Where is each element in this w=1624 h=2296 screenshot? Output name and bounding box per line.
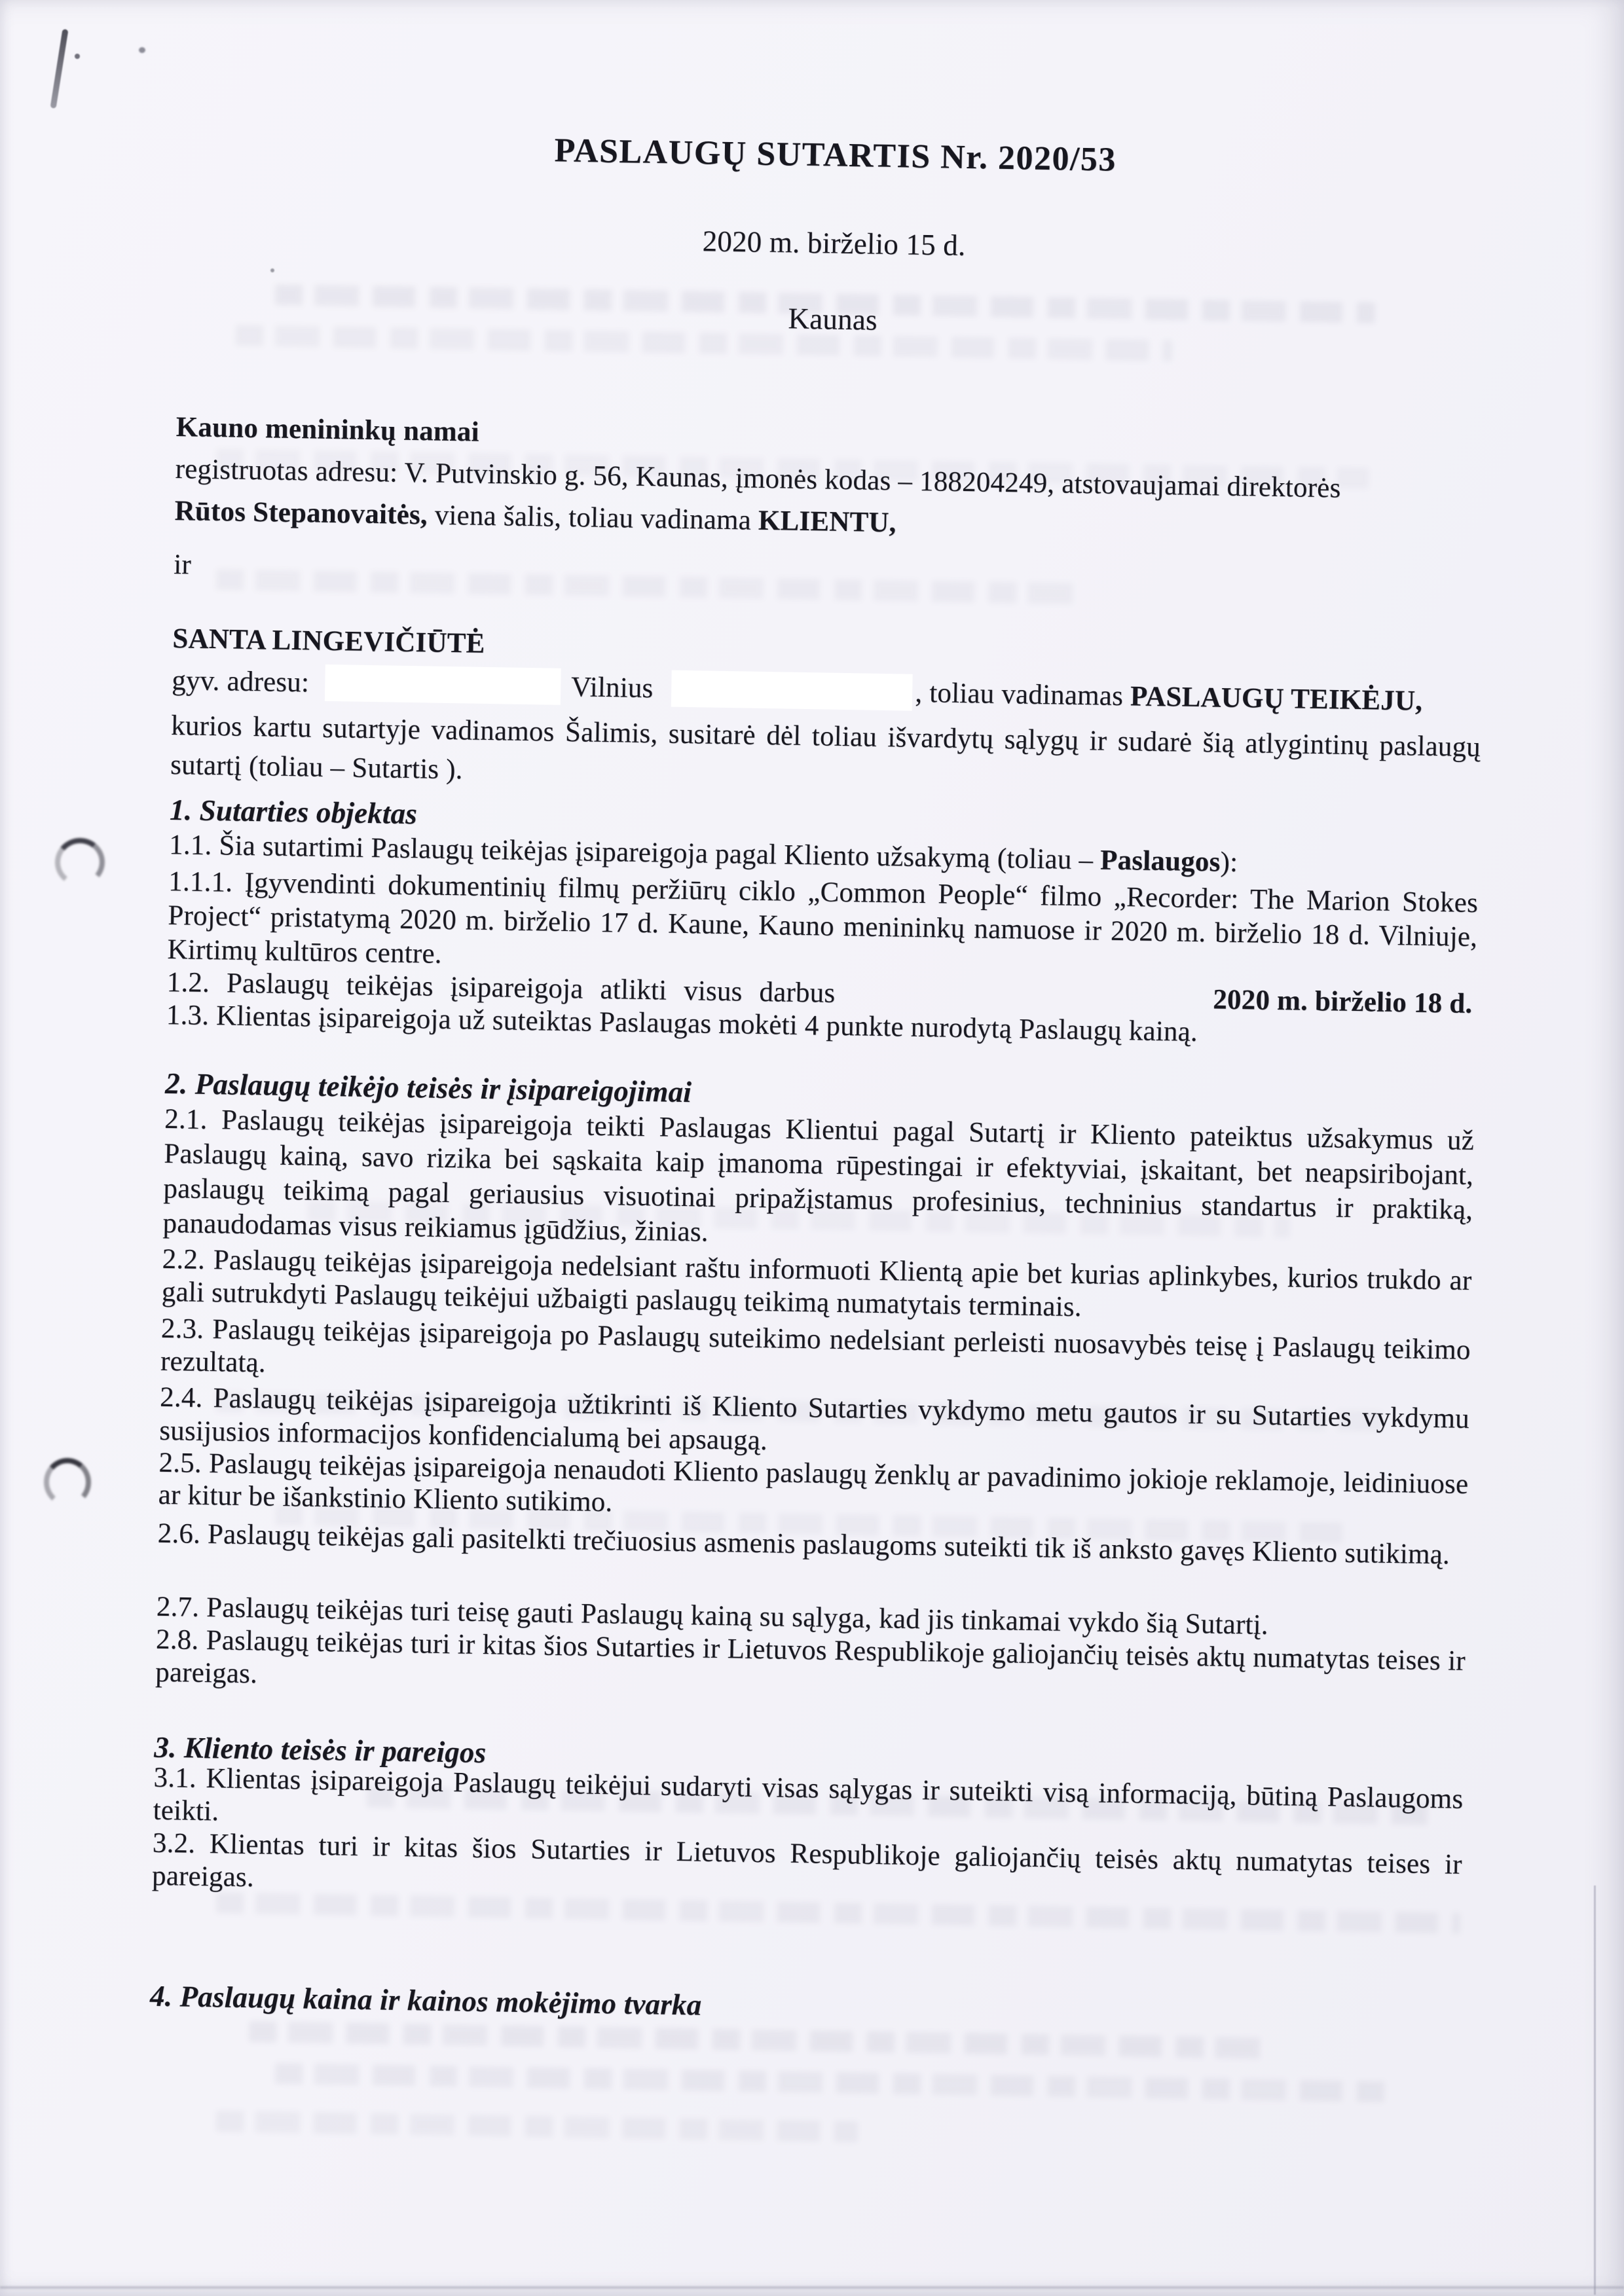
- scan-edge-line: [1594, 1886, 1596, 2295]
- scanned-contract-page: PASLAUGŲ SUTARTIS Nr. 2020/53 2020 m. bi…: [0, 0, 1624, 2296]
- provider-name: SANTA LINGEVIČIŪTĖ: [172, 623, 485, 659]
- clause-1-2-deadline: 2020 m. birželio 18 d.: [1213, 983, 1473, 1021]
- conjunction-ir: ir: [174, 548, 1484, 604]
- client-designation: KLIENTU,: [758, 505, 896, 538]
- provider-address-prefix: gyv. adresu:: [172, 665, 310, 698]
- client-party-block: Kauno menininkų namai registruotas adres…: [174, 407, 1486, 554]
- redaction-box: [325, 665, 561, 705]
- hole-punch-shadow: [43, 1457, 93, 1508]
- parties-agreement-text: kurios kartu sutartyje vadinamos Šalimis…: [170, 706, 1481, 807]
- scan-edge-line: [0, 2286, 1624, 2289]
- clause-1-1-close: ):: [1220, 847, 1238, 878]
- contract-text: PASLAUGŲ SUTARTIS Nr. 2020/53 2020 m. bi…: [146, 0, 1492, 2247]
- clause-2-1: 2.1. Paslaugų teikėjas įsipareigoja teik…: [162, 1102, 1474, 1262]
- contract-title: PASLAUGŲ SUTARTIS Nr. 2020/53: [181, 128, 1491, 183]
- provider-party-block: SANTA LINGEVIČIŪTĖ gyv. adresu:Vilnius, …: [172, 618, 1483, 723]
- provider-designation: PASLAUGŲ TEIKĖJU,: [1130, 681, 1423, 716]
- pen-scratch-mark: [50, 29, 69, 109]
- clause-1-1-term: Paslaugos: [1100, 845, 1221, 878]
- client-director-name: Rūtos Stepanovaitės,: [174, 496, 428, 530]
- ink-speck: [139, 47, 145, 53]
- client-name: Kauno menininkų namai: [175, 412, 479, 448]
- contract-city: Kaunas: [177, 291, 1488, 347]
- client-role-text: viena šalis, toliau vadinama: [427, 500, 758, 536]
- section-4-heading: 4. Paslaugų kaina ir kainos mokėjimo tva…: [150, 1979, 1460, 2035]
- provider-address-city: Vilnius: [571, 672, 654, 704]
- provider-role-text: , toliau vadinamas: [915, 678, 1130, 712]
- ink-speck: [75, 54, 80, 59]
- contract-date: 2020 m. birželio 15 d.: [179, 215, 1489, 271]
- client-registration-line: registruotas adresu: V. Putvinskio g. 56…: [175, 454, 1341, 504]
- redaction-box: [671, 670, 913, 711]
- hole-punch-shadow: [52, 835, 107, 889]
